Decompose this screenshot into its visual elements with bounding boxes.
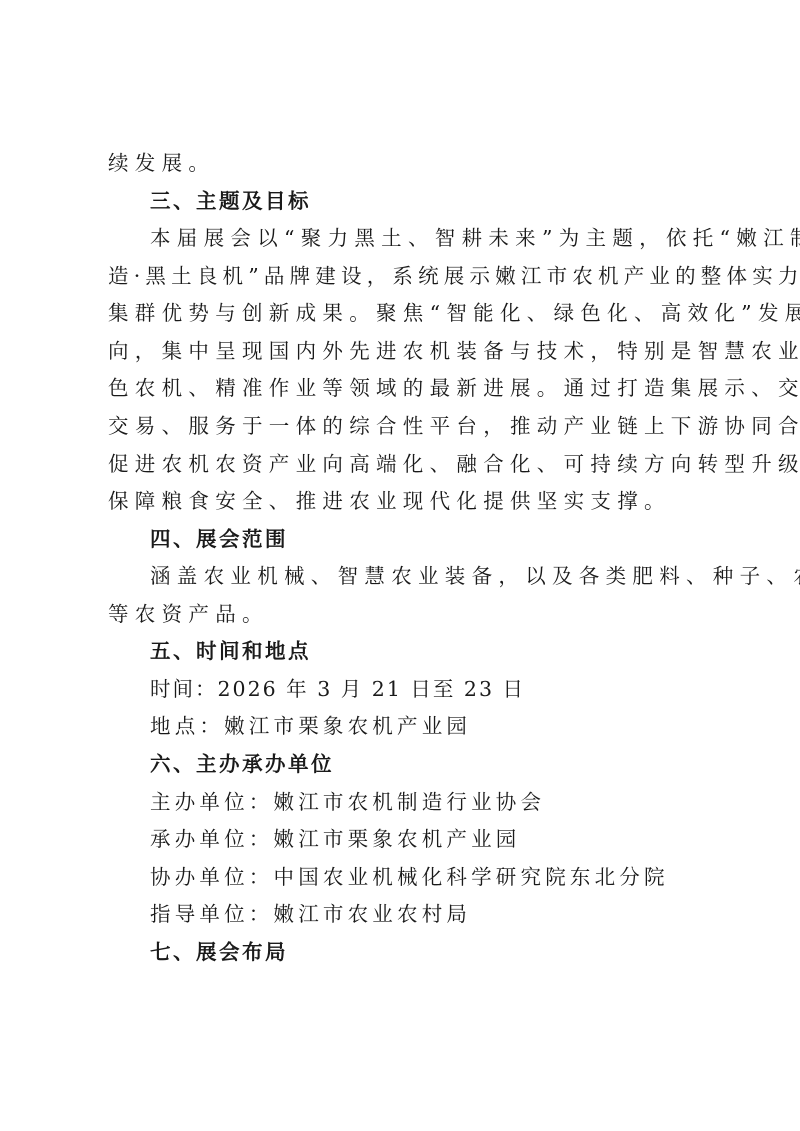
paragraph-line: 造·黑土良机”品牌建设，系统展示嫩江市农机产业的整体实力、	[108, 258, 696, 296]
section-heading-theme-goals: 三、主题及目标	[108, 183, 696, 221]
host-line: 主办单位：嫩江市农机制造行业协会	[108, 784, 696, 822]
section-heading-organizers: 六、主办承办单位	[108, 746, 696, 784]
supervisor-line: 指导单位：嫩江市农业农村局	[108, 896, 696, 934]
time-line: 时间：2026 年 3 月 21 日至 23 日	[108, 671, 696, 709]
place-line: 地点：嫩江市栗象农机产业园	[108, 708, 696, 746]
organizer-line: 承办单位：嫩江市栗象农机产业园	[108, 821, 696, 859]
section-heading-time-place: 五、时间和地点	[108, 633, 696, 671]
paragraph-line: 促进农机农资产业向高端化、融合化、可持续方向转型升级，为	[108, 446, 696, 484]
co-organizer-line: 协办单位：中国农业机械化科学研究院东北分院	[108, 859, 696, 897]
section-heading-layout: 七、展会布局	[108, 934, 696, 972]
paragraph-line: 等农资产品。	[108, 596, 696, 634]
paragraph-line: 集群优势与创新成果。聚焦“智能化、绿色化、高效化”发展方	[108, 295, 696, 333]
paragraph-line: 色农机、精准作业等领域的最新进展。通过打造集展示、交流、	[108, 370, 696, 408]
paragraph-line: 涵盖农业机械、智慧农业装备，以及各类肥料、种子、农药	[108, 558, 696, 596]
document-page: 续发展。 三、主题及目标 本届展会以“聚力黑土、智耕未来”为主题，依托“嫩江制 …	[108, 145, 696, 971]
section-heading-scope: 四、展会范围	[108, 521, 696, 559]
paragraph-line: 向，集中呈现国内外先进农机装备与技术，特别是智慧农业、绿	[108, 333, 696, 371]
paragraph-line: 交易、服务于一体的综合性平台，推动产业链上下游协同合作，	[108, 408, 696, 446]
paragraph-line: 保障粮食安全、推进农业现代化提供坚实支撑。	[108, 483, 696, 521]
paragraph-line: 本届展会以“聚力黑土、智耕未来”为主题，依托“嫩江制	[108, 220, 696, 258]
paragraph-continuation: 续发展。	[108, 145, 696, 183]
